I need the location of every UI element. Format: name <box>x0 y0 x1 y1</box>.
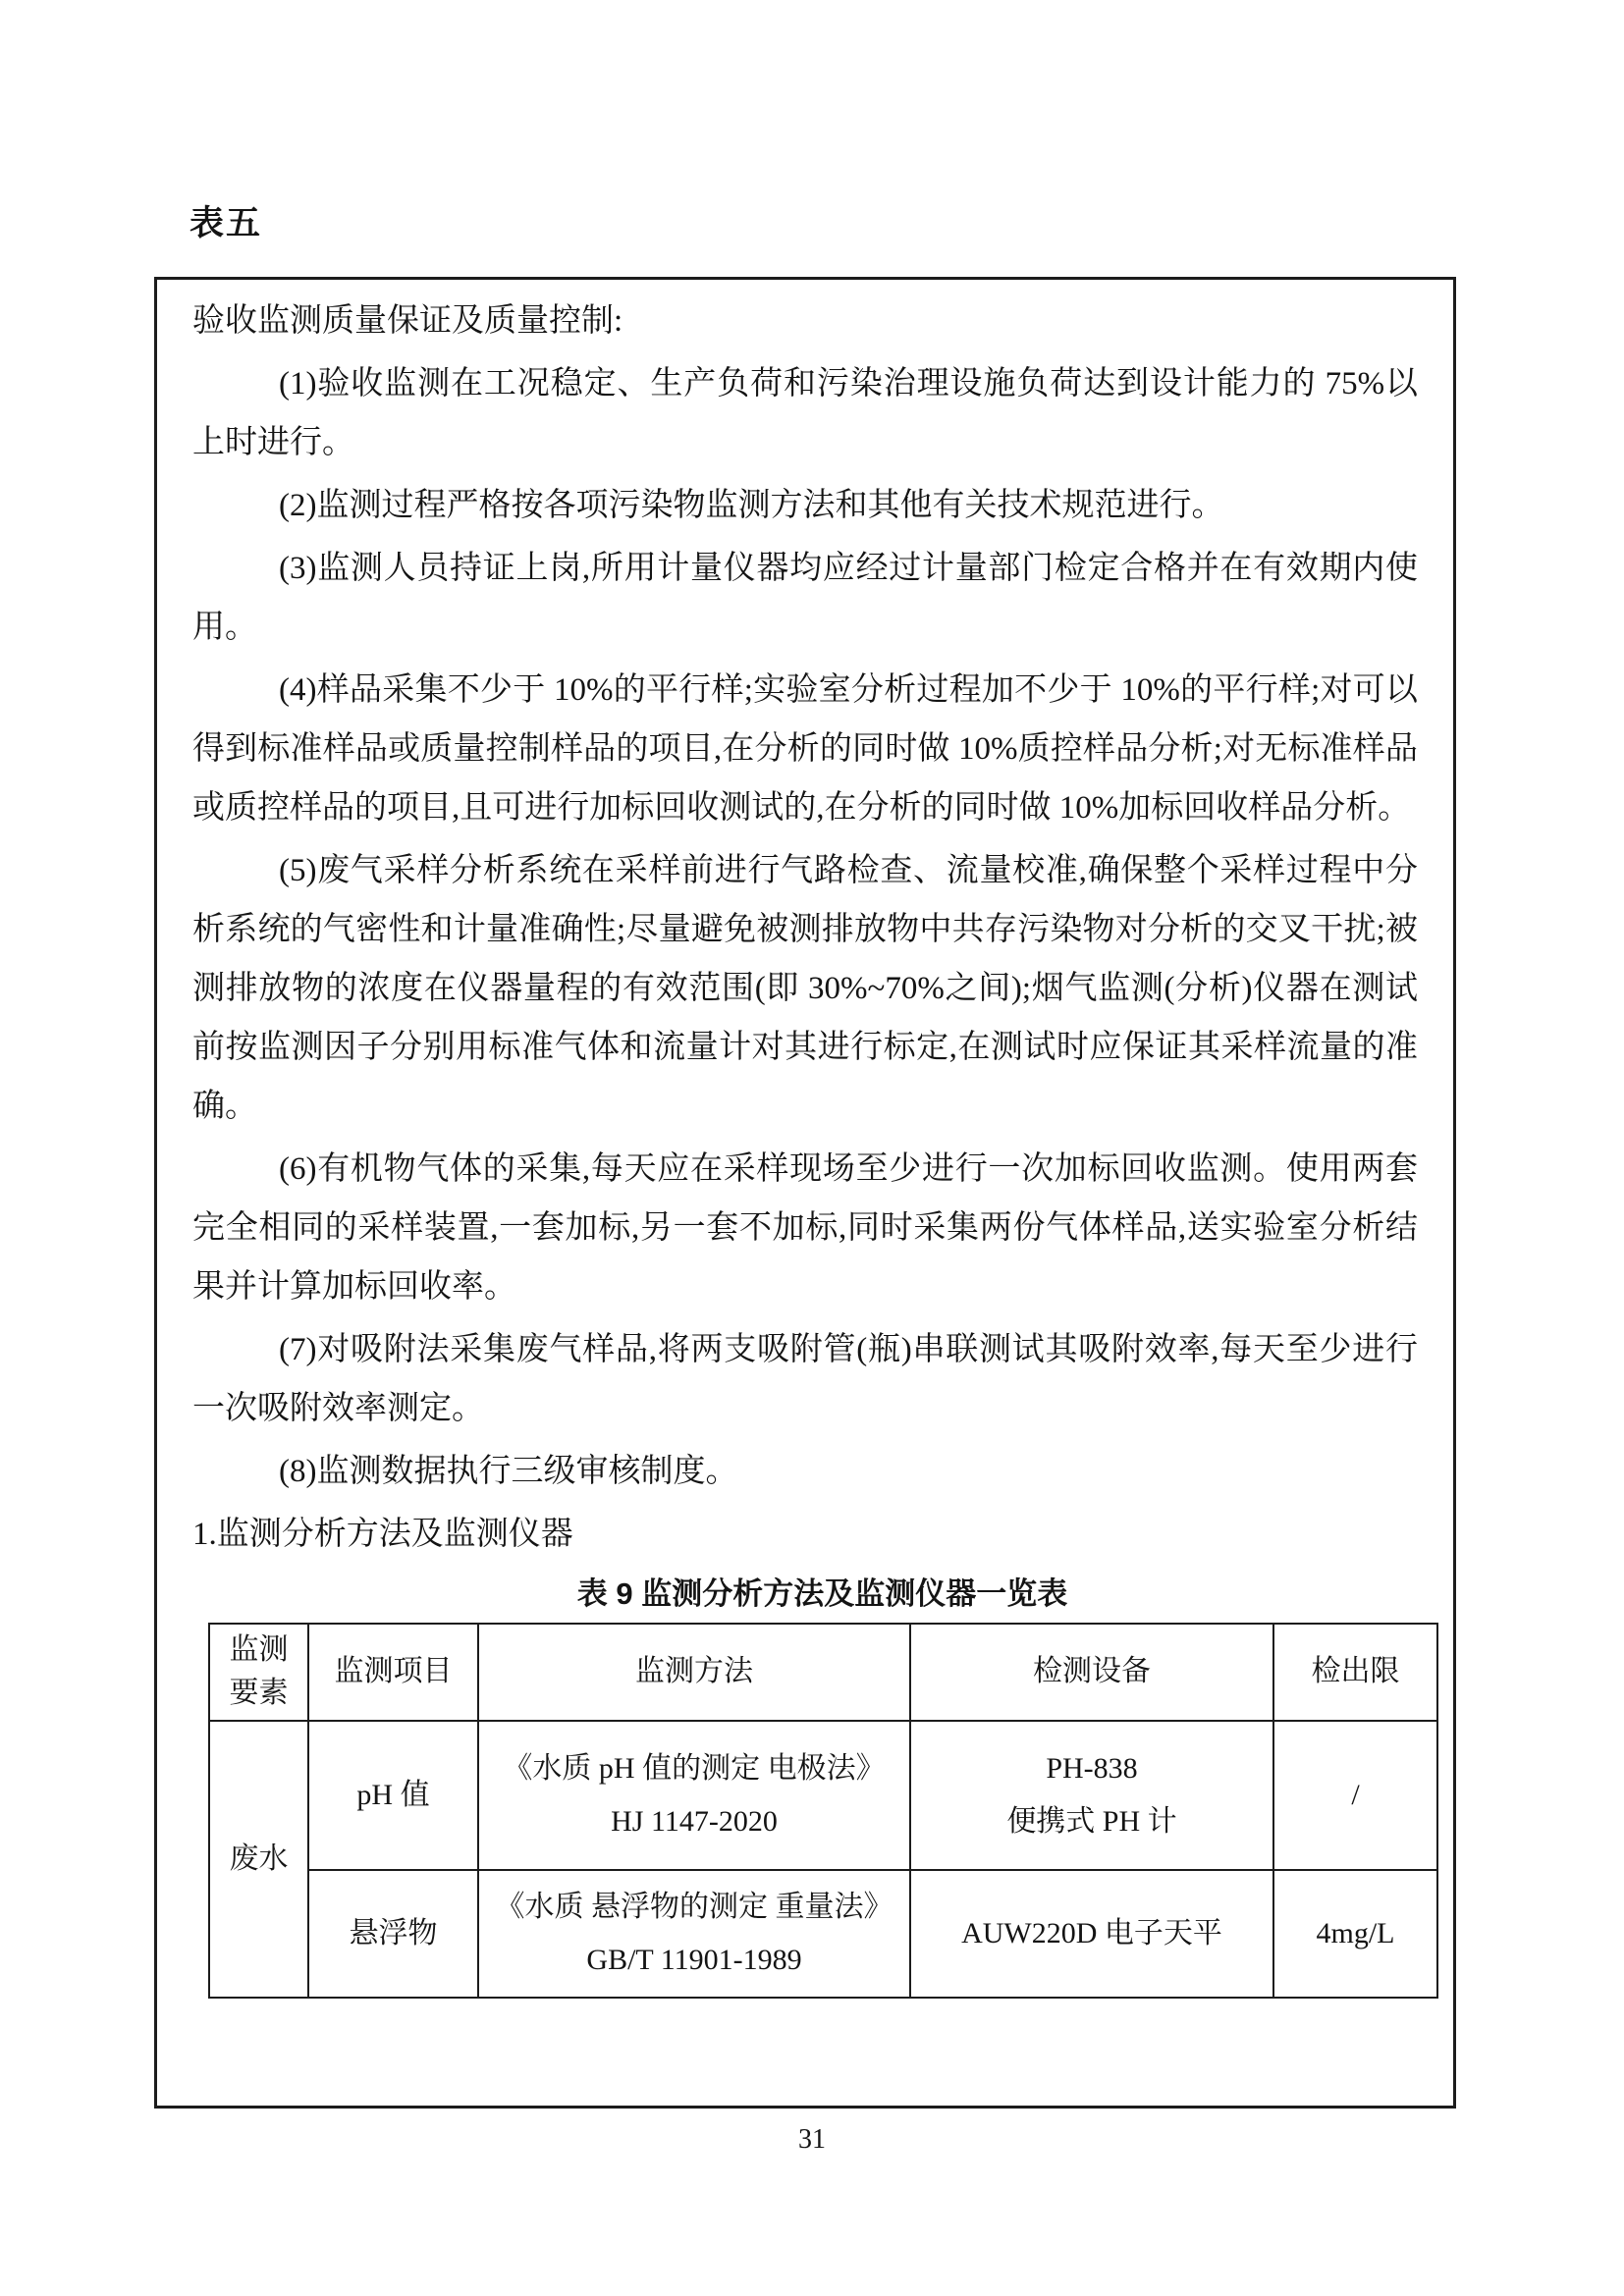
table-row-ph: 废水 pH 值 《水质 pH 值的测定 电极法》 HJ 1147-2020 PH… <box>209 1721 1437 1870</box>
col-header-limit: 检出限 <box>1273 1624 1437 1721</box>
method-standard-name: 《水质 pH 值的测定 电极法》 <box>485 1742 903 1795</box>
table-title: 表 9 监测分析方法及监测仪器一览表 <box>208 1570 1436 1619</box>
table-row-ss: 悬浮物 《水质 悬浮物的测定 重量法》 GB/T 11901-1989 AUW2… <box>209 1870 1437 1998</box>
paragraph-1: (1)验收监测在工况稳定、生产负荷和污染治理设施负荷达到设计能力的 75%以上时… <box>192 354 1418 472</box>
cell-item-ph: pH 值 <box>308 1721 478 1870</box>
device-name: 便携式 PH 计 <box>917 1795 1267 1848</box>
paragraph-7: (7)对吸附法采集废气样品,将两支吸附管(瓶)串联测试其吸附效率,每天至少进行一… <box>192 1320 1418 1438</box>
cell-method-ss: 《水质 悬浮物的测定 重量法》 GB/T 11901-1989 <box>478 1870 910 1998</box>
paragraph-3: (3)监测人员持证上岗,所用计量仪器均应经过计量部门检定合格并在有效期内使用。 <box>192 539 1418 657</box>
cell-method-ph: 《水质 pH 值的测定 电极法》 HJ 1147-2020 <box>478 1721 910 1870</box>
cell-device-ph: PH-838 便携式 PH 计 <box>910 1721 1273 1870</box>
method-standard-name: 《水质 悬浮物的测定 重量法》 <box>485 1881 903 1934</box>
page-number: 31 <box>0 2124 1624 2156</box>
paragraph-2: (2)监测过程严格按各项污染物监测方法和其他有关技术规范进行。 <box>192 476 1418 535</box>
intro-paragraph: 验收监测质量保证及质量控制: <box>192 292 1418 350</box>
col-header-method: 监测方法 <box>478 1624 910 1721</box>
method-standard-code: HJ 1147-2020 <box>485 1795 903 1848</box>
cell-limit-ph: / <box>1273 1721 1437 1870</box>
table-header-row: 监测要素 监测项目 监测方法 检测设备 检出限 <box>209 1624 1437 1721</box>
method-standard-code: GB/T 11901-1989 <box>485 1934 903 1987</box>
cell-item-ss: 悬浮物 <box>308 1870 478 1998</box>
col-header-device: 检测设备 <box>910 1624 1273 1721</box>
cell-device-ss: AUW220D 电子天平 <box>910 1870 1273 1998</box>
col-header-element: 监测要素 <box>209 1624 308 1721</box>
paragraph-6: (6)有机物气体的采集,每天应在采样现场至少进行一次加标回收监测。使用两套完全相… <box>192 1140 1418 1316</box>
document-page: { "page": { "sheet_label": "表五", "page_n… <box>0 0 1624 2296</box>
section-heading: 1.监测分析方法及监测仪器 <box>192 1505 1418 1564</box>
paragraph-8: (8)监测数据执行三级审核制度。 <box>192 1442 1418 1501</box>
monitoring-table: 监测要素 监测项目 监测方法 检测设备 检出限 废水 pH 值 《水质 pH 值… <box>208 1623 1438 1999</box>
paragraph-5: (5)废气采样分析系统在采样前进行气路检查、流量校准,确保整个采样过程中分析系统… <box>192 841 1418 1136</box>
device-model: PH-838 <box>917 1742 1267 1795</box>
cell-limit-ss: 4mg/L <box>1273 1870 1437 1998</box>
sheet-label: 表五 <box>189 196 262 245</box>
cell-element-wastewater: 废水 <box>209 1721 308 1998</box>
paragraph-4: (4)样品采集不少于 10%的平行样;实验室分析过程加不少于 10%的平行样;对… <box>192 661 1418 837</box>
col-header-item: 监测项目 <box>308 1624 478 1721</box>
content-box: 验收监测质量保证及质量控制: (1)验收监测在工况稳定、生产负荷和污染治理设施负… <box>154 277 1456 2109</box>
